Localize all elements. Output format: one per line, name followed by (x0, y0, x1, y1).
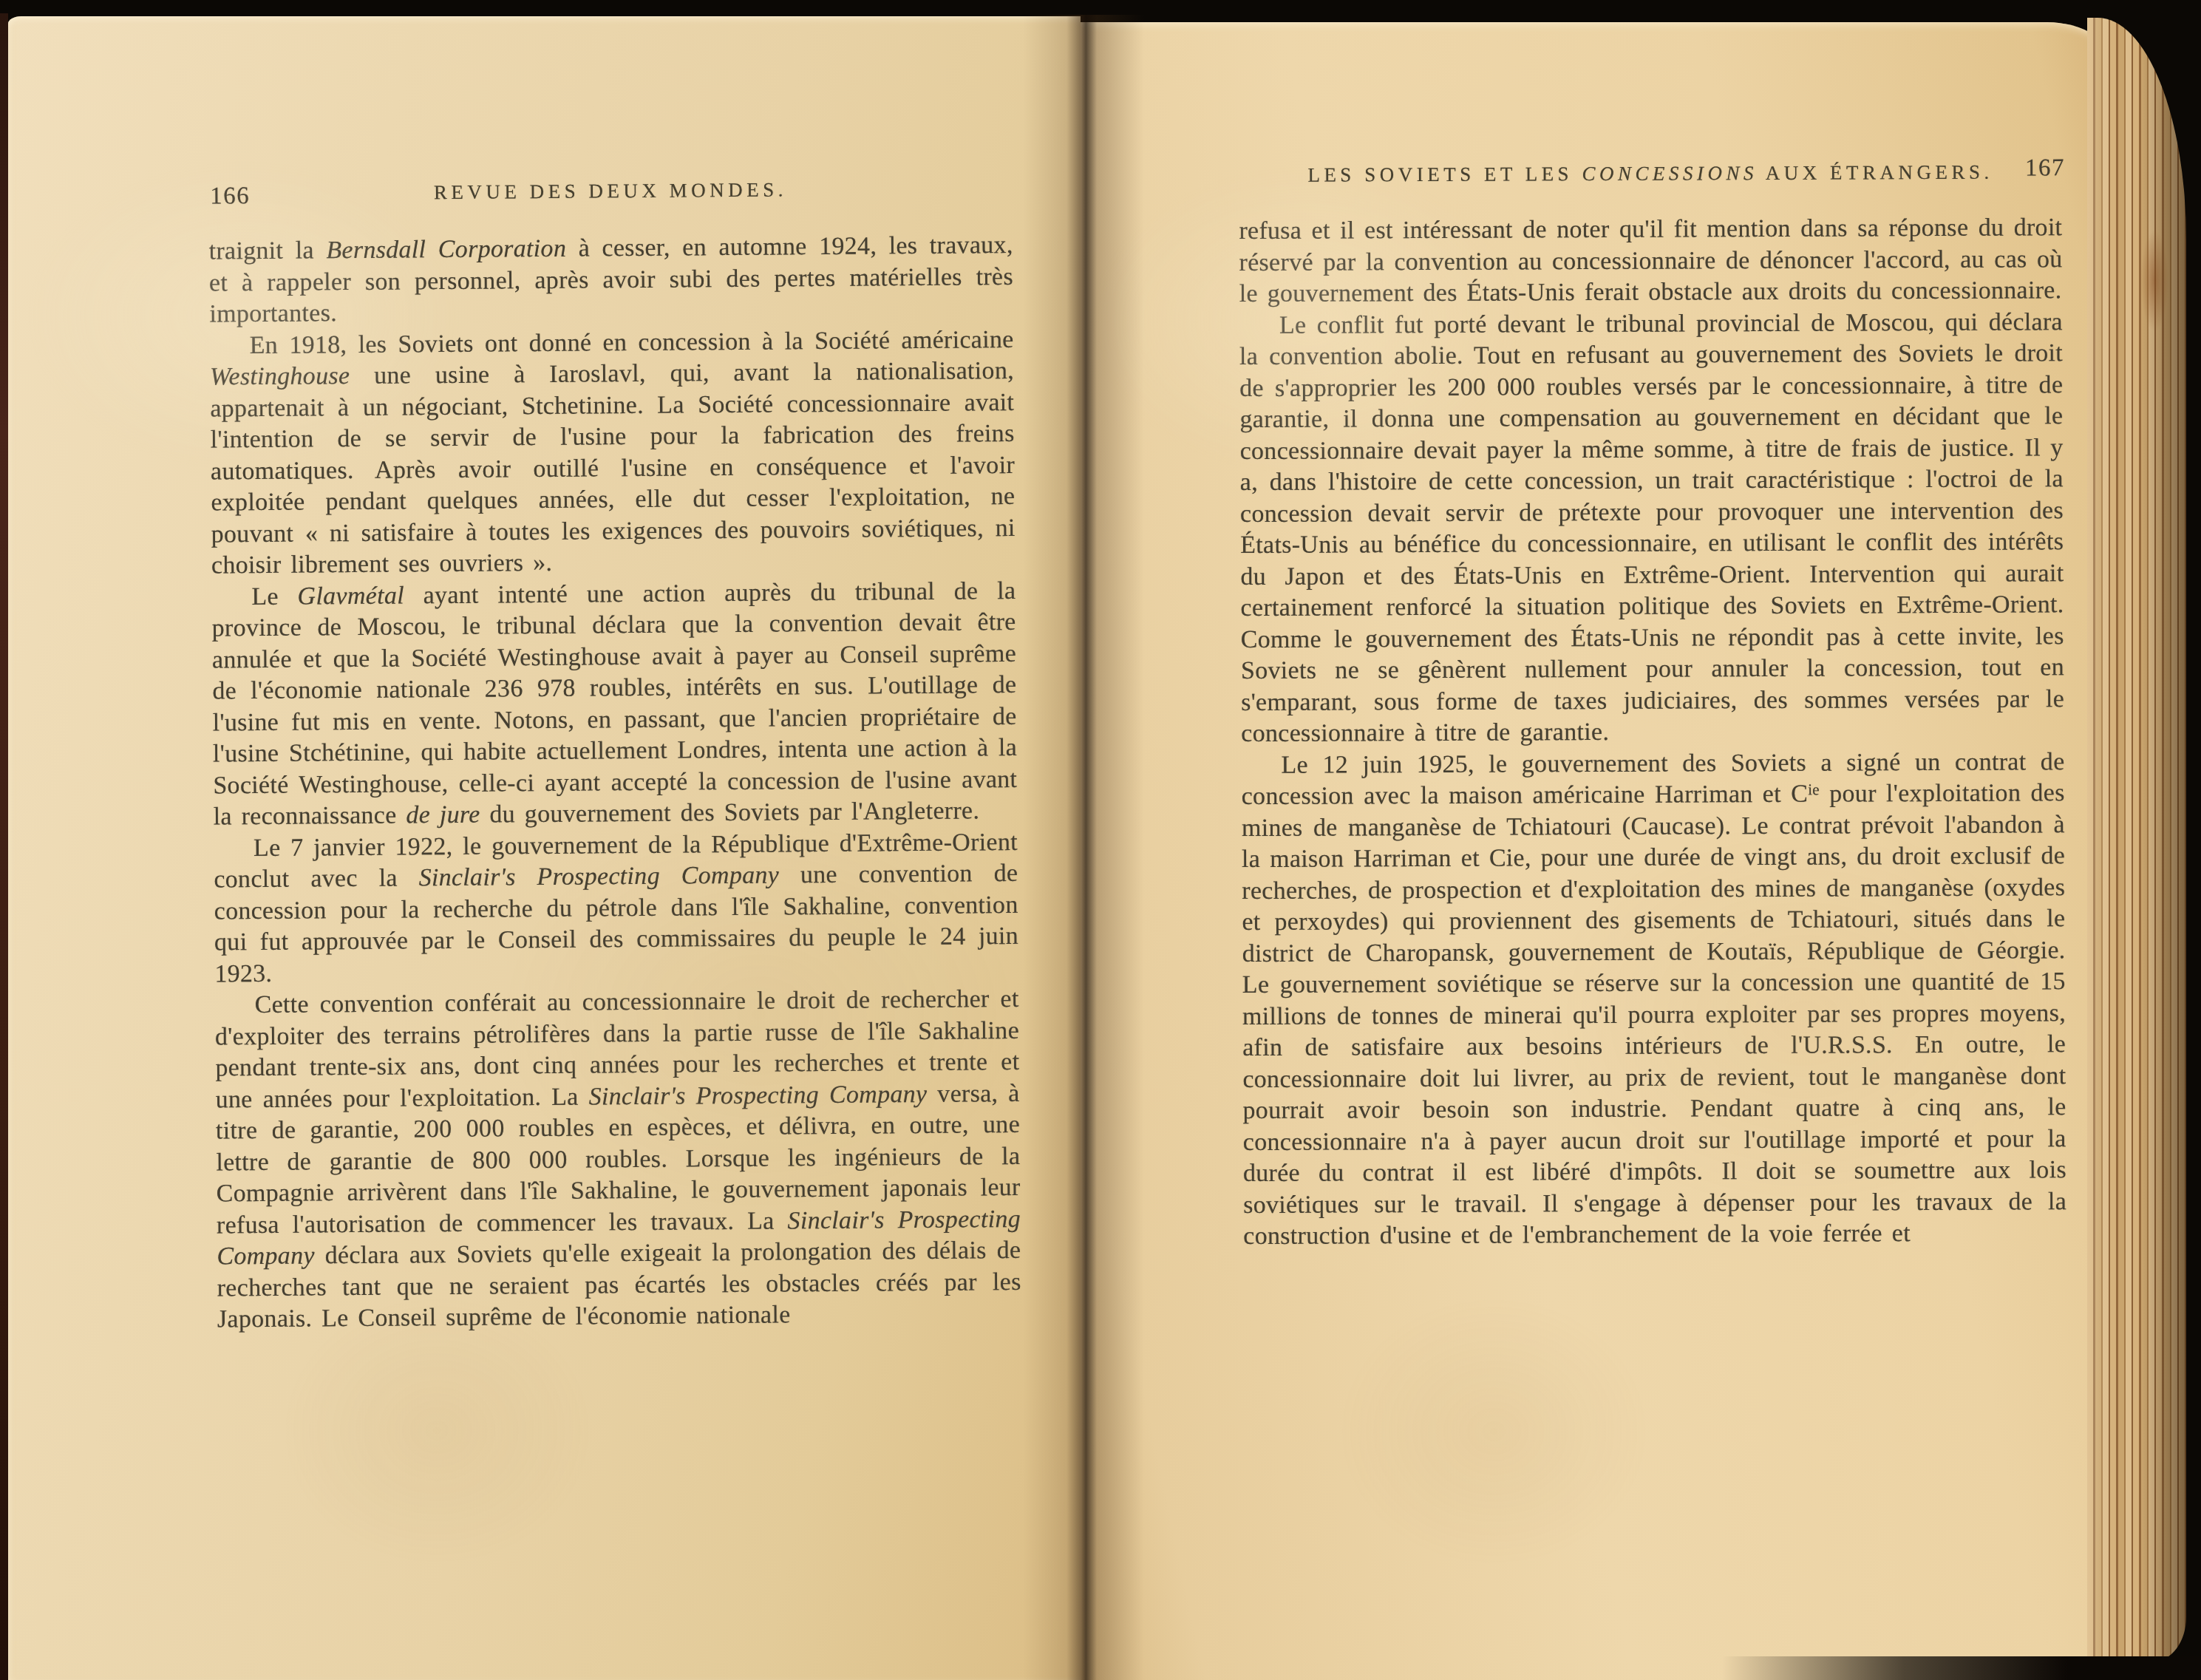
right-running-title: LES SOVIETS ET LES CONCESSIONS AUX ÉTRAN… (1239, 160, 2062, 187)
text-segment: refusa et il est intéressant de noter qu… (1239, 214, 2062, 307)
paragraph: Le Glavmétal ayant intenté une action au… (211, 575, 1018, 833)
text-segment: LES SOVIETS ET LES (1307, 163, 1582, 186)
text-segment: Sinclair's Prospecting Company (588, 1080, 927, 1110)
text-segment: Le (251, 582, 298, 610)
text-segment: En 1918, les Soviets ont donné en conces… (249, 325, 1013, 358)
right-page-number: 167 (2025, 154, 2065, 182)
paragraph: refusa et il est intéressant de noter qu… (1239, 212, 2063, 310)
text-segment: Le conflit fut porté devant le tribunal … (1239, 308, 2064, 747)
left-page: 166 REVUE DES DEUX MONDES. traignit la B… (8, 16, 1081, 1680)
text-segment: ayant intenté une action auprès du tribu… (212, 577, 1018, 830)
paragraph: traignit la Bernsdall Corporation à cess… (208, 230, 1013, 330)
text-segment: CONCESSIONS (1582, 162, 1758, 185)
right-page-header: LES SOVIETS ET LES CONCESSIONS AUX ÉTRAN… (1239, 160, 2062, 200)
bottom-edge-shadow (1722, 1656, 2201, 1680)
text-segment: pour l'exploitation des mines de manganè… (1242, 779, 2066, 1250)
paragraph: En 1918, les Soviets ont donné en conces… (209, 324, 1016, 582)
left-page-header: 166 REVUE DES DEUX MONDES. (208, 177, 1013, 219)
text-segment: Sinclair's Prospecting Company (418, 862, 779, 892)
paragraph: Le 12 juin 1925, le gouvernement des Sov… (1241, 747, 2066, 1253)
paragraph: Cette convention conférait au concession… (214, 984, 1021, 1336)
right-page-text: refusa et il est intéressant de noter qu… (1239, 212, 2066, 1252)
text-segment: une usine à Iaroslavl, qui, avant la nat… (210, 357, 1016, 579)
right-page-content: LES SOVIETS ET LES CONCESSIONS AUX ÉTRAN… (1077, 20, 2117, 1680)
text-segment: traignit la (208, 237, 326, 265)
text-segment: Westinghouse (210, 362, 350, 390)
paragraph: Le 7 janvier 1922, le gouvernement de la… (214, 826, 1019, 990)
left-page-text: traignit la Bernsdall Corporation à cess… (208, 230, 1021, 1336)
text-segment: déclara aux Soviets qu'elle exigeait la … (217, 1237, 1021, 1333)
text-segment: Bernsdall Corporation (326, 235, 566, 265)
fore-edge-pages (2087, 18, 2186, 1662)
text-segment: AUX ÉTRANGERS. (1758, 161, 1993, 184)
left-page-number: 166 (210, 183, 250, 210)
text-segment: du gouvernement des Soviets par l'Anglet… (480, 797, 979, 828)
text-segment: de jure (406, 801, 480, 829)
book-scan-spread: 166 REVUE DES DEUX MONDES. traignit la B… (0, 0, 2201, 1680)
left-page-content: 166 REVUE DES DEUX MONDES. traignit la B… (1, 12, 1087, 1680)
right-page: LES SOVIETS ET LES CONCESSIONS AUX ÉTRAN… (1081, 22, 2114, 1680)
left-running-title: REVUE DES DEUX MONDES. (208, 177, 1013, 206)
paragraph: Le conflit fut porté devant le tribunal … (1239, 307, 2065, 750)
text-segment: Glavmétal (297, 582, 404, 610)
text-segment: ie (1808, 781, 1820, 798)
